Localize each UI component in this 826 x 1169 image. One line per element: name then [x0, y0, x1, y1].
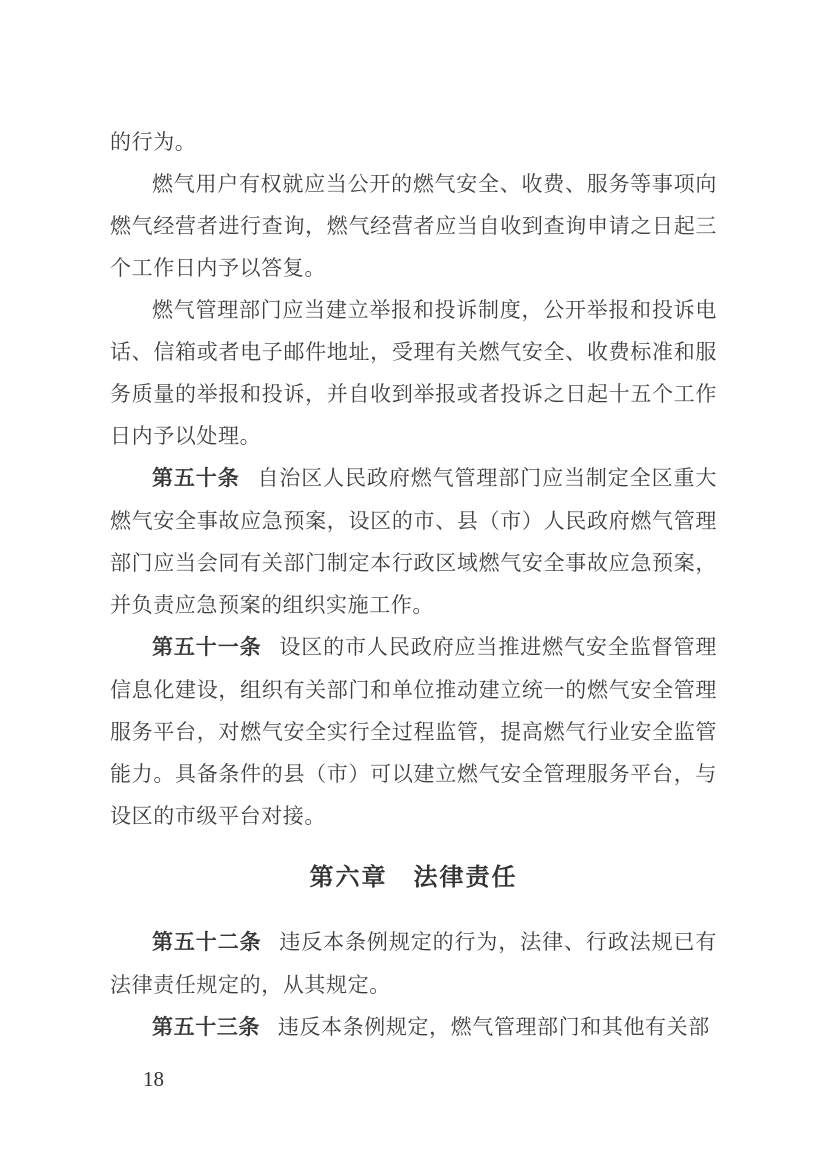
article-paragraph: 第五十条自治区人民政府燃气管理部门应当制定全区重大燃气安全事故应急预案，设区的市…	[110, 457, 717, 626]
article-text: 设区的市人民政府应当推进燃气安全监督管理信息化建设，组织有关部门和单位推动建立统…	[110, 635, 717, 828]
article-number-label: 第五十条	[152, 467, 240, 490]
body-paragraph: 燃气管理部门应当建立举报和投诉制度，公开举报和投诉电话、信箱或者电子邮件地址，受…	[110, 289, 717, 457]
document-page: { "page": { "number": "18" }, "document"…	[0, 0, 826, 1169]
text-block: 的行为。燃气用户有权就应当公开的燃气安全、收费、服务等事项向燃气经营者进行查询，…	[110, 121, 717, 1049]
article-paragraph: 第五十三条违反本条例规定，燃气管理部门和其他有关部	[110, 1006, 717, 1049]
page-number: 18	[143, 1064, 164, 1094]
article-paragraph: 第五十二条违反本条例规定的行为，法律、行政法规已有法律责任规定的，从其规定。	[110, 921, 717, 1006]
document-content: 的行为。燃气用户有权就应当公开的燃气安全、收费、服务等事项向燃气经营者进行查询，…	[110, 121, 717, 1049]
article-number-label: 第五十一条	[152, 636, 262, 659]
body-paragraph: 燃气用户有权就应当公开的燃气安全、收费、服务等事项向燃气经营者进行查询，燃气经营…	[110, 163, 717, 289]
article-text: 违反本条例规定，燃气管理部门和其他有关部	[278, 1015, 710, 1039]
article-number-label: 第五十三条	[152, 1016, 260, 1039]
article-paragraph: 第五十一条设区的市人民政府应当推进燃气安全监督管理信息化建设，组织有关部门和单位…	[110, 626, 717, 837]
article-number-label: 第五十二条	[152, 931, 262, 954]
chapter-heading: 第六章 法律责任	[110, 855, 717, 901]
body-paragraph: 的行为。	[110, 121, 717, 163]
